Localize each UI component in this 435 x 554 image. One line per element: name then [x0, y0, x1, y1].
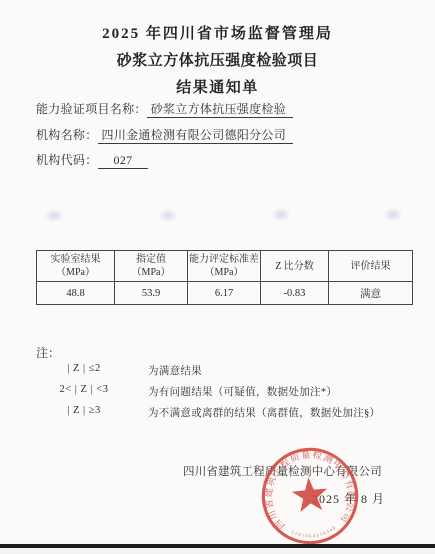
header-z-score-line1: Z 比分数 — [261, 260, 328, 273]
results-table-data-row: 48.8 53.9 6.17 -0.83 满意 — [37, 282, 413, 305]
cell-std-dev: 6.17 — [188, 282, 261, 305]
header-lab-result: 实验室结果 （MPa） — [37, 251, 115, 282]
scan-bottom-margin — [0, 548, 435, 554]
header-assigned-value-line1: 指定值 — [115, 253, 187, 266]
cell-evaluation: 满意 — [329, 282, 413, 305]
header-lab-result-line1: 实验室结果 — [37, 253, 114, 266]
scan-artifact — [273, 209, 289, 220]
cell-z-score: -0.83 — [261, 282, 329, 305]
results-table-header-row: 实验室结果 （MPa） 指定值 （MPa） 能力评定标准差 （MPa） Z 比分… — [37, 251, 413, 282]
field-org-code-value: 027 — [98, 153, 149, 169]
scan-artifact — [160, 210, 176, 221]
header-std-dev-line1: 能力评定标准差 — [188, 253, 260, 266]
header-lab-result-line2: （MPa） — [37, 266, 114, 279]
header-std-dev: 能力评定标准差 （MPa） — [188, 251, 261, 282]
document-page: 2025 年四川省市场监督管理局 砂浆立方体抗压强度检验项目 结果通知单 能力验… — [0, 0, 435, 554]
note-meaning: 为有问题结果（可疑值，数据处加注*） — [148, 384, 337, 399]
header-assigned-value-line2: （MPa） — [115, 266, 187, 279]
scan-artifact — [46, 210, 62, 221]
header-evaluation-line1: 评价结果 — [329, 260, 412, 273]
document-title-line2: 砂浆立方体抗压强度检验项目 — [0, 49, 435, 70]
company-seal-stamp: 四川省建筑工程质量检测中心有限公司 5101060319349 — [248, 434, 372, 554]
document-title-line1: 2025 年四川省市场监督管理局 — [0, 22, 435, 43]
results-table: 实验室结果 （MPa） 指定值 （MPa） 能力评定标准差 （MPa） Z 比分… — [36, 250, 413, 305]
cell-assigned-value: 53.9 — [115, 282, 188, 305]
notes-label: 注： — [36, 344, 60, 361]
note-condition: | Z | ≥3 — [44, 405, 124, 416]
header-z-score: Z 比分数 — [261, 251, 329, 282]
header-std-dev-line2: （MPa） — [188, 266, 260, 279]
field-project: 能力验证项目名称：砂浆立方体抗压强度检验 — [36, 100, 293, 117]
field-org-name-label: 机构名称： — [36, 128, 98, 142]
document-title-line3: 结果通知单 — [0, 76, 435, 97]
field-project-label: 能力验证项目名称： — [36, 102, 147, 116]
header-assigned-value: 指定值 （MPa） — [115, 251, 188, 282]
field-org-name-value: 四川金通检测有限公司德阳分公司 — [98, 128, 294, 144]
header-evaluation: 评价结果 — [329, 251, 413, 282]
note-meaning: 为满意结果 — [148, 363, 202, 378]
field-org-code: 机构代码：027 — [36, 151, 148, 168]
note-meaning: 为不满意或离群的结果（离群值，数据处加注§） — [148, 405, 380, 420]
scan-artifact — [385, 209, 401, 220]
field-project-value: 砂浆立方体抗压强度检验 — [147, 102, 293, 118]
field-org-name: 机构名称：四川金通检测有限公司德阳分公司 — [36, 126, 293, 143]
note-condition: | Z | ≤2 — [44, 363, 124, 374]
seal-star-icon — [291, 476, 329, 513]
note-condition: 2< | Z | <3 — [44, 384, 124, 395]
cell-lab-result: 48.8 — [37, 282, 115, 305]
field-org-code-label: 机构代码： — [36, 153, 98, 167]
